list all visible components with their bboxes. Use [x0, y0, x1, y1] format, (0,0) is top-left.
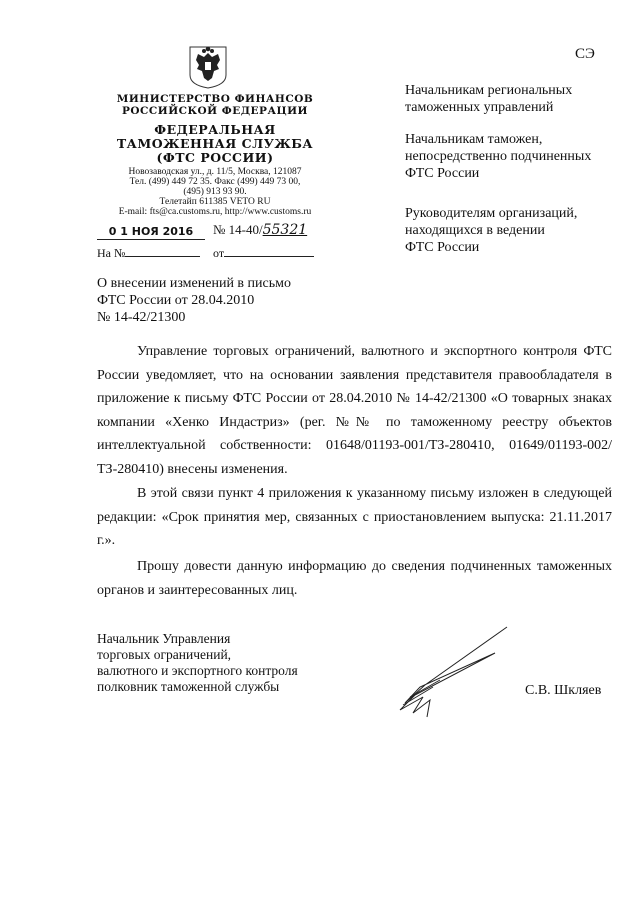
signatory-name: С.В. Шкляев: [525, 683, 601, 699]
signatory-title: Начальник Управления торговых ограничени…: [97, 631, 337, 695]
addressee-regional: Начальникам региональных таможенных упра…: [405, 82, 630, 116]
reference-number-field: На №: [97, 245, 207, 261]
ministry-name: МИНИСТЕРСТВО ФИНАНСОВ РОССИЙСКОЙ ФЕДЕРАЦ…: [95, 93, 335, 117]
contact-info: Новозаводская ул., д. 11/5, Москва, 1210…: [95, 167, 335, 217]
document-mark: СЭ: [575, 46, 595, 63]
reference-date-field: от: [213, 245, 323, 261]
addressee-customs: Начальникам таможен, непосредственно под…: [405, 131, 630, 182]
date-stamp: 0 1 НОЯ 2016: [97, 225, 205, 240]
handwritten-signature: [385, 625, 510, 720]
letter-subject: О внесении изменений в письмо ФТС России…: [97, 275, 357, 326]
body-paragraph-3: Прошу довести данную информацию до сведе…: [97, 555, 612, 602]
blank-line: [125, 245, 200, 257]
handwritten-number: 55321: [263, 222, 308, 238]
addressee-organizations: Руководителям организаций, находящихся в…: [405, 205, 630, 256]
service-name: ФЕДЕРАЛЬНАЯ ТАМОЖЕННАЯ СЛУЖБА (ФТС РОССИ…: [95, 123, 335, 165]
body-paragraph-2: В этой связи пункт 4 приложения к указан…: [97, 482, 612, 553]
outgoing-number: № 14-40/55321: [213, 222, 328, 239]
body-paragraph-1: Управление торговых ограничений, валютно…: [97, 340, 612, 482]
blank-line: [224, 245, 314, 257]
russian-coat-of-arms-icon: [187, 45, 229, 89]
